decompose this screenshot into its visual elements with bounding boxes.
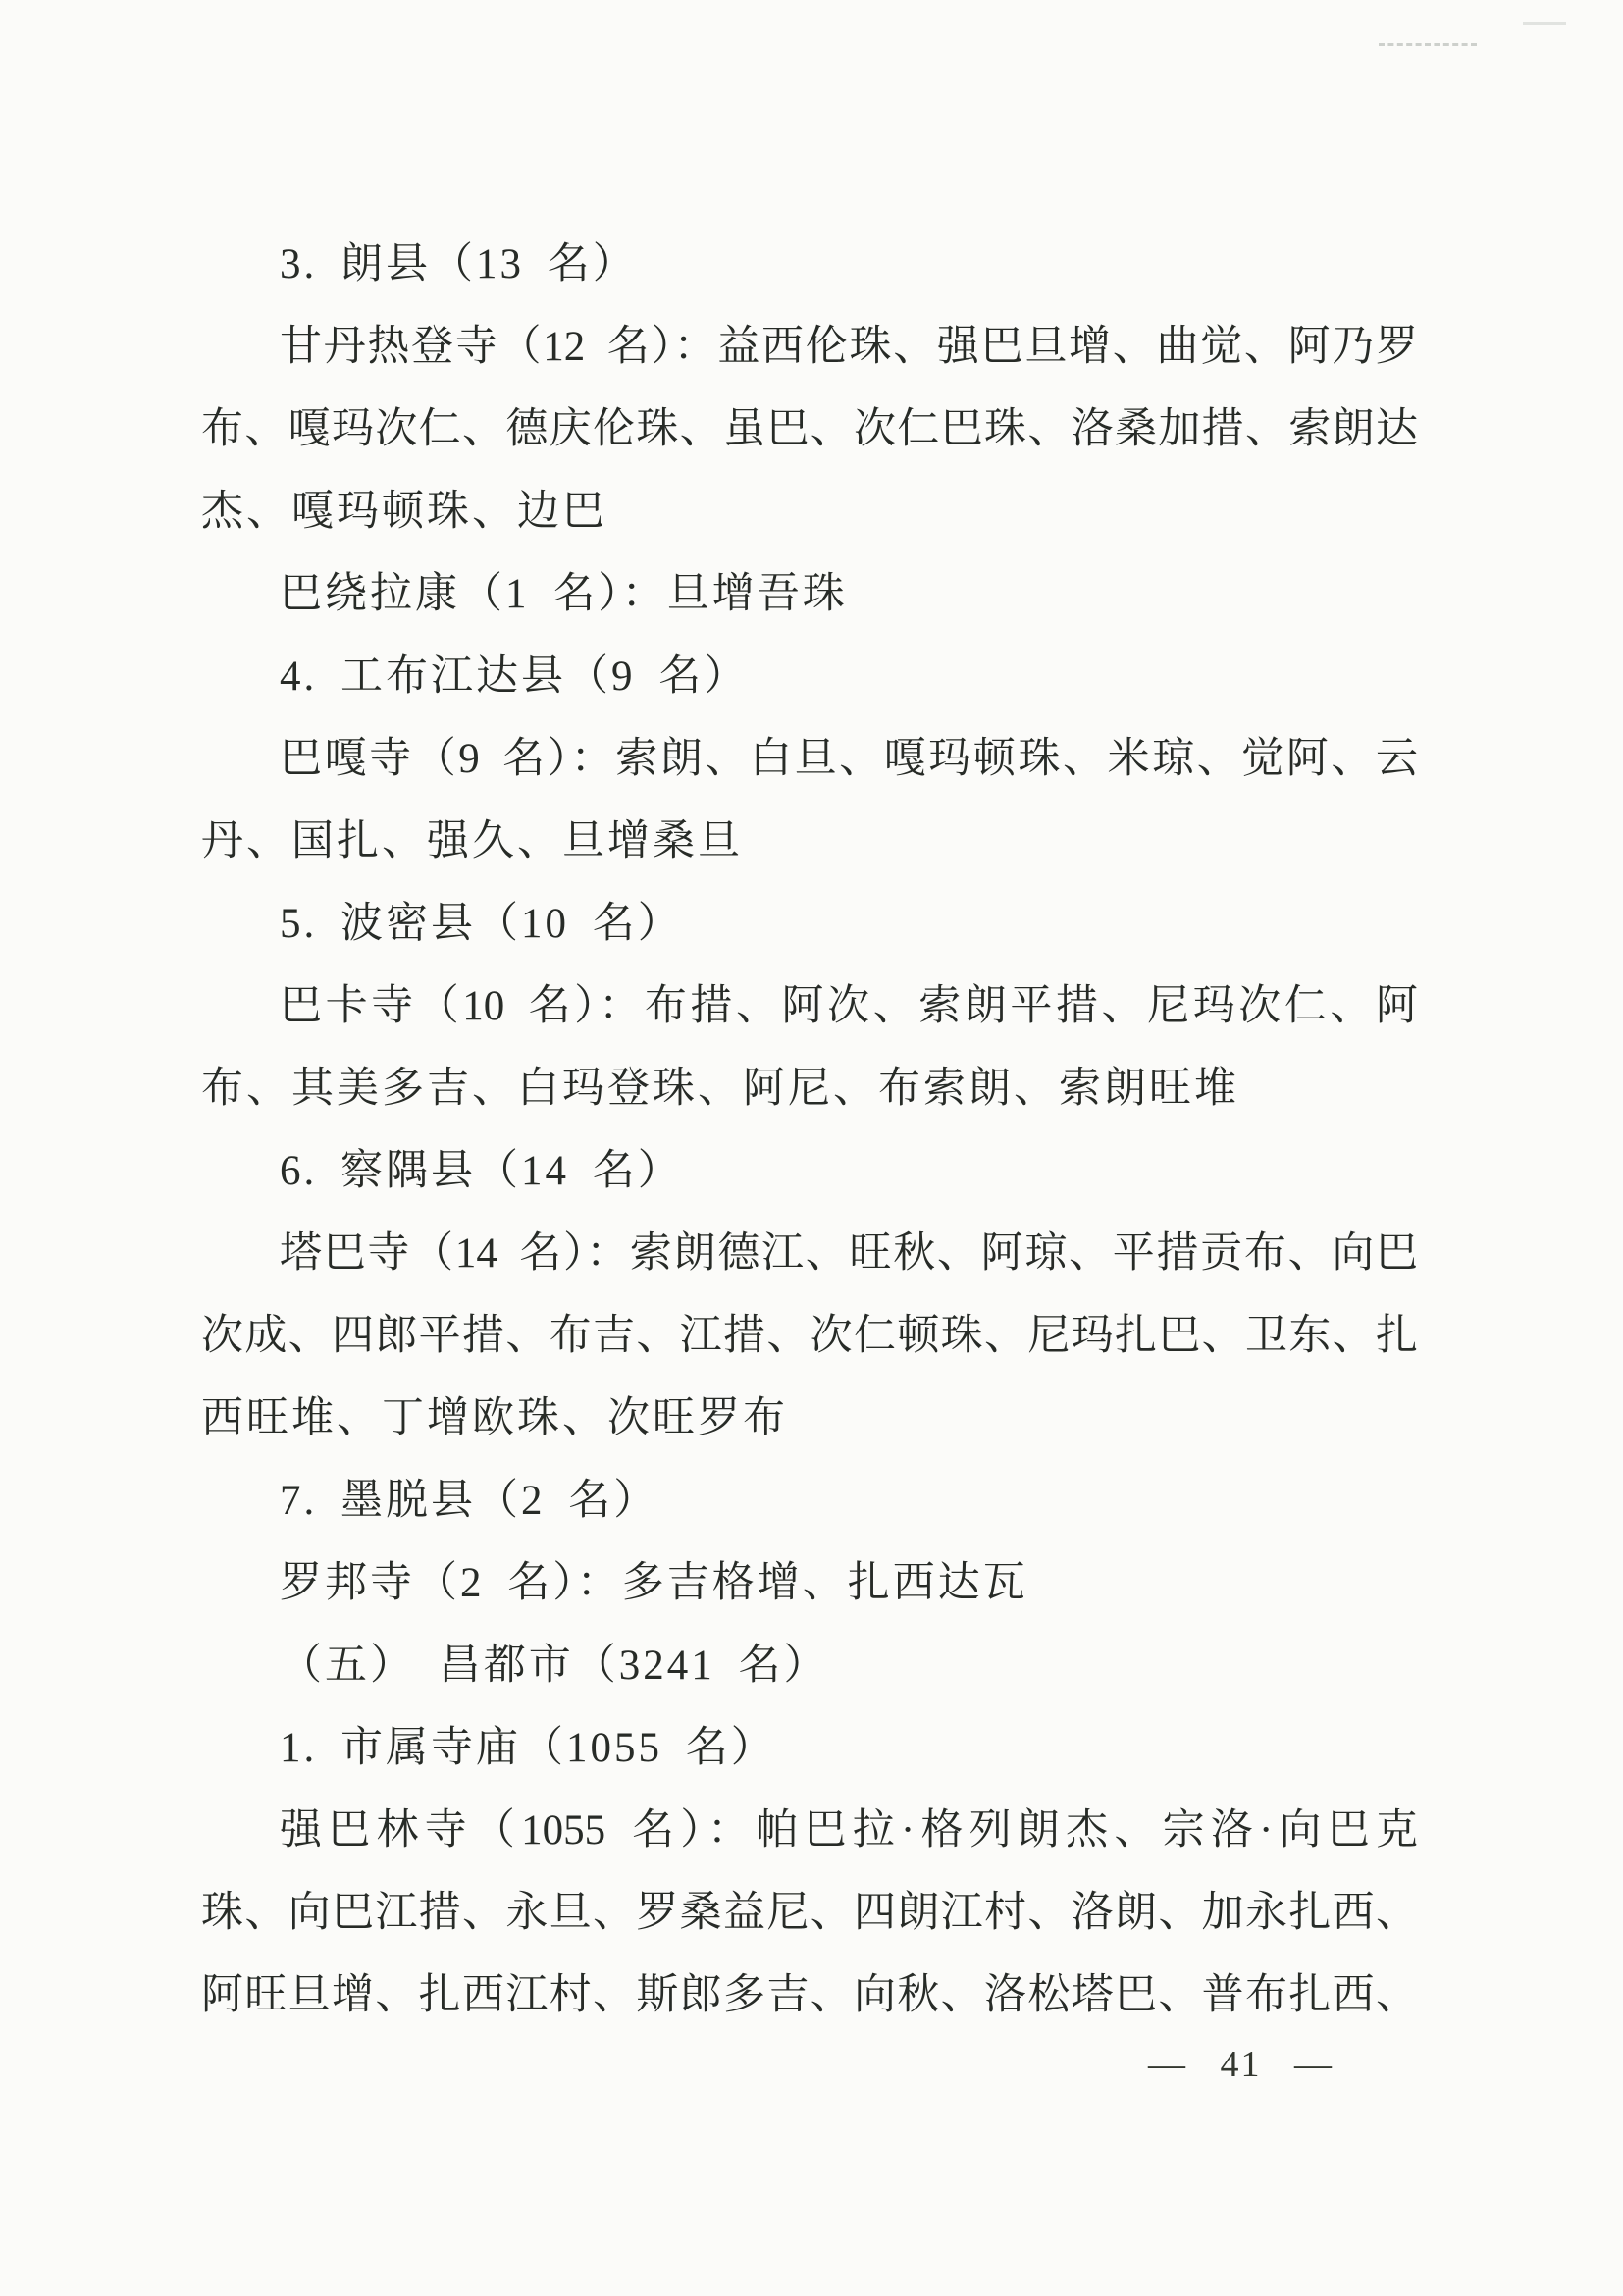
text-line: 次成、四郎平措、布吉、江措、次仁顿珠、尼玛扎巴、卫东、扎 xyxy=(201,1295,1418,1378)
text-line: 3. 朗县（13 名） xyxy=(201,224,1418,306)
text-line: 布、嘎玛次仁、德庆伦珠、虽巴、次仁巴珠、洛桑加措、索朗达 xyxy=(201,389,1418,471)
text-line: 6. 察隅县（14 名） xyxy=(201,1130,1418,1213)
text-line: 5. 波密县（10 名） xyxy=(201,883,1418,965)
text-line: 塔巴寺（14 名）：索朗德江、旺秋、阿琼、平措贡布、向巴 xyxy=(201,1213,1418,1295)
text-line: 强巴林寺（1055 名）：帕巴拉·格列朗杰、宗洛·向巴克 xyxy=(201,1790,1418,1872)
text-line: 西旺堆、丁增欧珠、次旺罗布 xyxy=(201,1378,1418,1460)
text-line: 1. 市属寺庙（1055 名） xyxy=(201,1707,1418,1790)
text-line: 7. 墨脱县（2 名） xyxy=(201,1460,1418,1542)
text-line: 甘丹热登寺（12 名）：益西伦珠、强巴旦增、曲觉、阿乃罗 xyxy=(201,306,1418,389)
text-line: 阿旺旦增、扎西江村、斯郎多吉、向秋、洛松塔巴、普布扎西、 xyxy=(201,1955,1418,2037)
text-line: 杰、嘎玛顿珠、边巴 xyxy=(201,471,1418,553)
scan-artifact xyxy=(1523,22,1566,25)
text-line: 巴卡寺（10 名）：布措、阿次、索朗平措、尼玛次仁、阿 xyxy=(201,965,1418,1048)
document-page: 3. 朗县（13 名）甘丹热登寺（12 名）：益西伦珠、强巴旦增、曲觉、阿乃罗布… xyxy=(0,0,1623,2296)
text-line: 珠、向巴江措、永旦、罗桑益尼、四朗江村、洛朗、加永扎西、 xyxy=(201,1872,1418,1955)
text-line: 布、其美多吉、白玛登珠、阿尼、布索朗、索朗旺堆 xyxy=(201,1048,1418,1130)
text-line: 丹、国扎、强久、旦增桑旦 xyxy=(201,801,1418,883)
page-number: — 41 — xyxy=(1148,2043,1334,2086)
text-block: 3. 朗县（13 名）甘丹热登寺（12 名）：益西伦珠、强巴旦增、曲觉、阿乃罗布… xyxy=(201,224,1418,2037)
text-line: 4. 工布江达县（9 名） xyxy=(201,636,1418,718)
text-line: 巴嘎寺（9 名）：索朗、白旦、嘎玛顿珠、米琼、觉阿、云 xyxy=(201,718,1418,801)
text-line: 罗邦寺（2 名）：多吉格增、扎西达瓦 xyxy=(201,1542,1418,1625)
text-line: （五） 昌都市（3241 名） xyxy=(201,1625,1418,1707)
text-line: 巴绕拉康（1 名）：旦增吾珠 xyxy=(201,553,1418,636)
scan-artifact xyxy=(1379,43,1477,46)
